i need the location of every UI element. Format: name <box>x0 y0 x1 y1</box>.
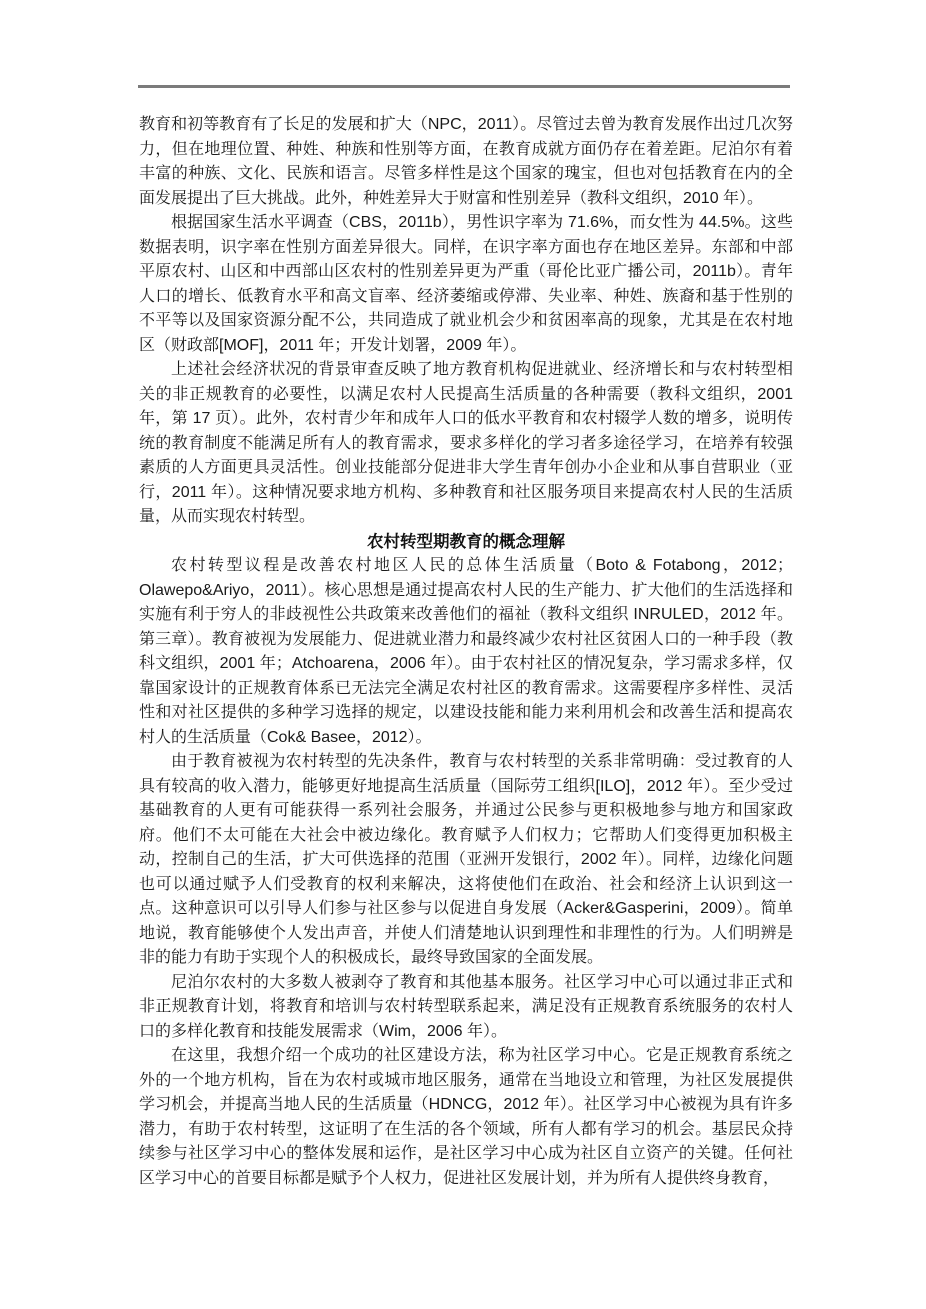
paragraph-6: 尼泊尔农村的大多数人被剥夺了教育和其他基本服务。社区学习中心可以通过非正式和非正… <box>139 971 793 1045</box>
document-body: 教育和初等教育有了长足的发展和扩大（NPC，2011）。尽管过去曾为教育发展作出… <box>139 113 793 1191</box>
paragraph-1: 教育和初等教育有了长足的发展和扩大（NPC，2011）。尽管过去曾为教育发展作出… <box>139 113 793 211</box>
paragraph-3: 上述社会经济状况的背景审查反映了地方教育机构促进就业、经济增长和与农村转型相关的… <box>139 358 793 530</box>
horizontal-rule <box>138 85 790 88</box>
paragraph-5: 由于教育被视为农村转型的先决条件，教育与农村转型的关系非常明确：受过教育的人具有… <box>139 750 793 971</box>
section-heading: 农村转型期教育的概念理解 <box>139 530 793 555</box>
paragraph-2: 根据国家生活水平调查（CBS，2011b），男性识字率为 71.6%，而女性为 … <box>139 211 793 358</box>
paragraph-4: 农村转型议程是改善农村地区人民的总体生活质量（Boto & Fotabong，2… <box>139 554 793 750</box>
paragraph-7: 在这里，我想介绍一个成功的社区建设方法，称为社区学习中心。它是正规教育系统之外的… <box>139 1044 793 1191</box>
document-page: 教育和初等教育有了长足的发展和扩大（NPC，2011）。尽管过去曾为教育发展作出… <box>0 0 926 1309</box>
